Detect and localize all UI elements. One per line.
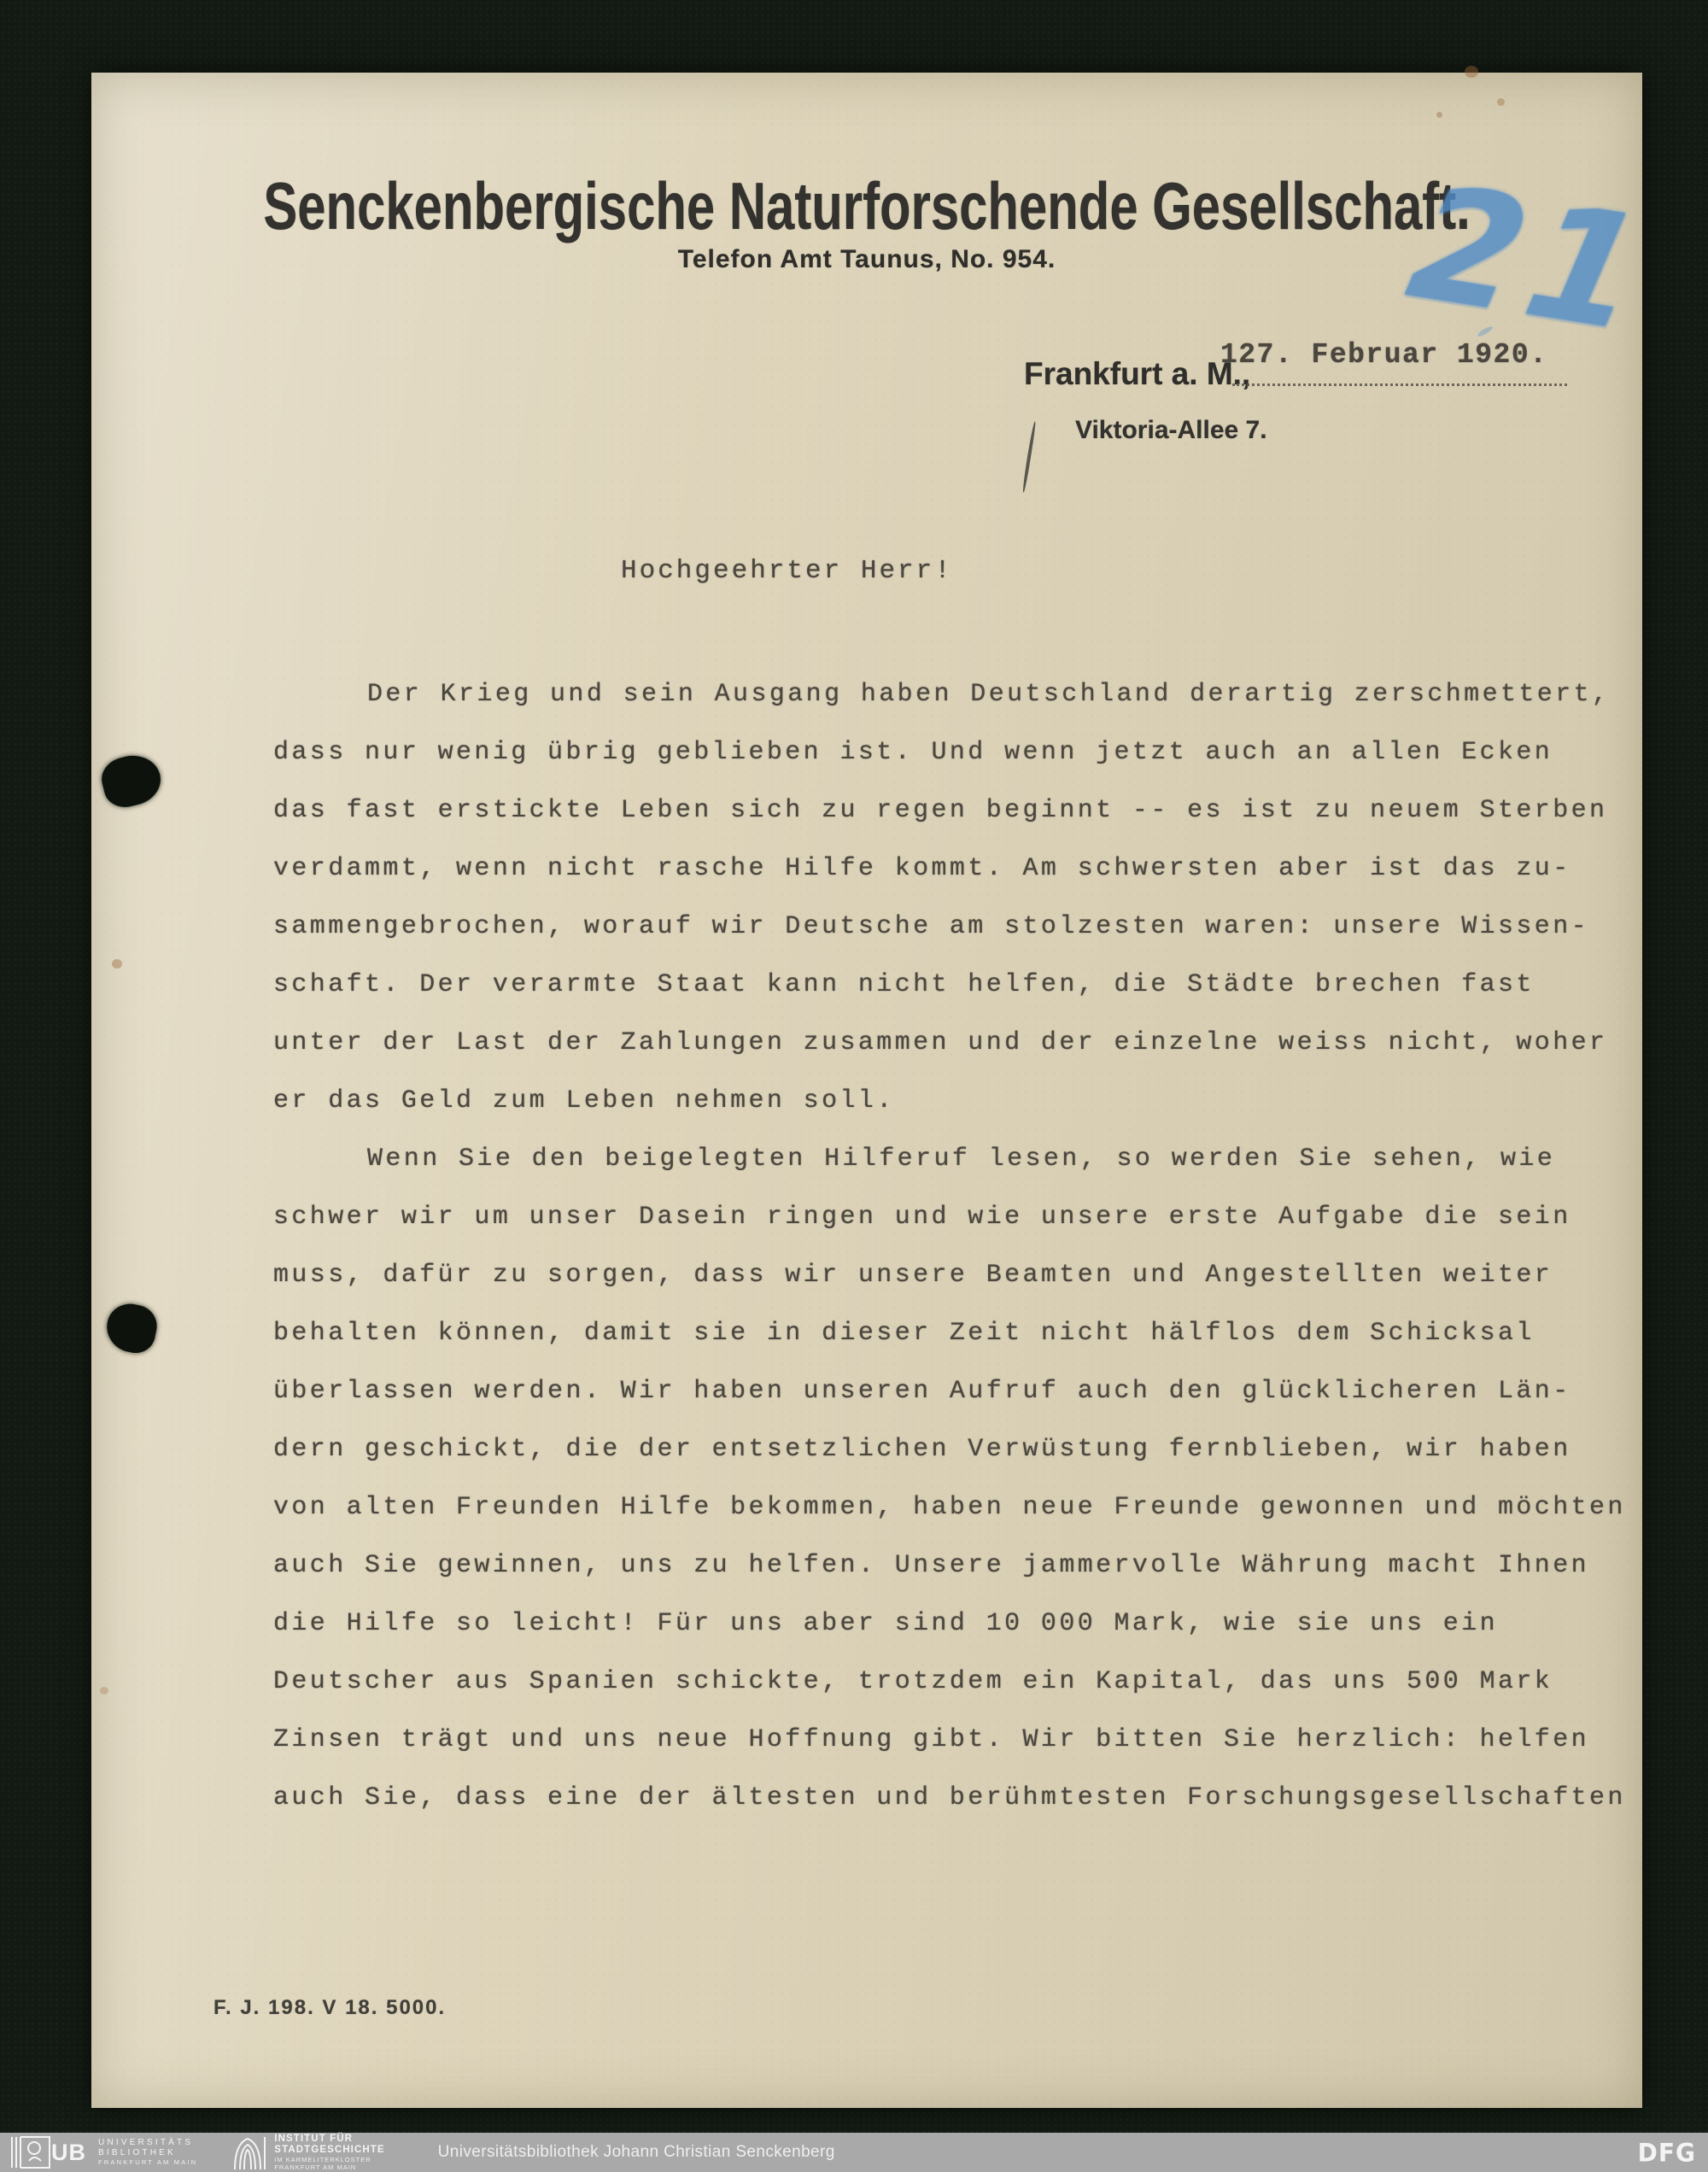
- letter-body-line: dern geschickt, die der entsetzlichen Ve…: [273, 1420, 1674, 1478]
- scan-viewport: Senckenbergische Naturforschende Gesells…: [0, 0, 1708, 2172]
- letterhead-organization: Senckenbergische Naturforschende Gesells…: [91, 173, 1642, 240]
- ub-abbr: UB: [51, 2140, 86, 2166]
- gothic-arch-icon: [230, 2135, 266, 2169]
- ub-library-logo: UB UNIVERSITÄTS BIBLIOTHEK FRANKFURT AM …: [9, 2135, 197, 2169]
- attribution-bar: UB UNIVERSITÄTS BIBLIOTHEK FRANKFURT AM …: [0, 2133, 1708, 2172]
- letter-body-line: er das Geld zum Leben nehmen soll.: [273, 1072, 1674, 1130]
- paper-stain: [1465, 66, 1478, 78]
- ub-scroll-icon: [9, 2135, 53, 2169]
- letter-body-line: Zinsen trägt und uns neue Hoffnung gibt.…: [273, 1711, 1674, 1769]
- dfg-logo: DFG: [1638, 2138, 1696, 2168]
- institute-logo-line: IM KARMELITERKLOSTER: [274, 2156, 384, 2163]
- letter-body-line: das fast erstickte Leben sich zu regen b…: [273, 782, 1674, 840]
- punch-hole-top: [97, 750, 166, 812]
- ub-logo-text: UNIVERSITÄTS BIBLIOTHEK FRANKFURT AM MAI…: [98, 2138, 197, 2167]
- institute-logo-line: FRANKFURT AM MAIN: [274, 2163, 384, 2171]
- letter-body-line: unter der Last der Zahlungen zusammen un…: [273, 1014, 1674, 1072]
- letter-body-line: Wenn Sie den beigelegten Hilferuf lesen,…: [273, 1130, 1674, 1188]
- paper-stain: [1436, 112, 1442, 118]
- letter-body-line: auch Sie, dass eine der ältesten und ber…: [273, 1769, 1674, 1827]
- letter-body-line: behalten können, damit sie in dieser Zei…: [273, 1304, 1674, 1362]
- dateline-place: Frankfurt a. M.,: [1024, 356, 1250, 392]
- letter-body-line: schaft. Der verarmte Staat kann nicht he…: [273, 956, 1674, 1014]
- handwritten-stroke: [1021, 421, 1036, 493]
- letter-body-line: sammengebrochen, worauf wir Deutsche am …: [273, 898, 1674, 956]
- letter-body: Der Krieg und sein Ausgang haben Deutsch…: [273, 665, 1674, 1827]
- institute-logo-line: INSTITUT FÜR: [274, 2134, 384, 2145]
- institute-logo-text: INSTITUT FÜR STADTGESCHICHTE IM KARMELIT…: [274, 2134, 384, 2171]
- letter-body-line: Deutscher aus Spanien schickte, trotzdem…: [273, 1653, 1674, 1711]
- library-attribution: Universitätsbibliothek Johann Christian …: [438, 2143, 835, 2162]
- paper-stain: [1497, 98, 1505, 106]
- punch-hole-bottom: [102, 1300, 161, 1356]
- letter-body-line: überlassen werden. Wir haben unseren Auf…: [273, 1362, 1674, 1420]
- dateline-typed-date: 127. Februar 1920.: [1220, 339, 1547, 371]
- letter-body-line: dass nur wenig übrig geblieben ist. Und …: [273, 723, 1674, 782]
- letter-body-line: auch Sie gewinnen, uns zu helfen. Unsere…: [273, 1537, 1674, 1595]
- letter-body-line: muss, dafür zu sorgen, dass wir unsere B…: [273, 1246, 1674, 1304]
- ub-logo-line: FRANKFURT AM MAIN: [98, 2158, 197, 2167]
- letterhead-organization-text: Senckenbergische Naturforschende Gesells…: [263, 169, 1470, 245]
- letter-page: Senckenbergische Naturforschende Gesells…: [91, 73, 1642, 2108]
- dateline-address: Viktoria-Allee 7.: [1075, 416, 1267, 445]
- print-code: F. J. 198. V 18. 5000.: [213, 1996, 446, 2020]
- dateline-dotted-rule: [1232, 383, 1567, 386]
- letter-body-line: verdammt, wenn nicht rasche Hilfe kommt.…: [273, 840, 1674, 898]
- letter-body-line: von alten Freunden Hilfe bekommen, haben…: [273, 1478, 1674, 1537]
- institute-logo-line: STADTGESCHICHTE: [274, 2145, 384, 2156]
- ub-logo-line: UNIVERSITÄTS: [98, 2138, 197, 2148]
- paper-stain: [100, 1687, 108, 1695]
- institute-stadtgeschichte-logo: INSTITUT FÜR STADTGESCHICHTE IM KARMELIT…: [230, 2134, 384, 2171]
- paper-stain: [112, 959, 122, 969]
- salutation: Hochgeehrter Herr!: [621, 556, 953, 586]
- ub-logo-line: BIBLIOTHEK: [98, 2148, 197, 2158]
- letter-body-line: schwer wir um unser Dasein ringen und wi…: [273, 1188, 1674, 1246]
- letter-body-line: Der Krieg und sein Ausgang haben Deutsch…: [273, 665, 1674, 723]
- letter-body-line: die Hilfe so leicht! Für uns aber sind 1…: [273, 1595, 1674, 1653]
